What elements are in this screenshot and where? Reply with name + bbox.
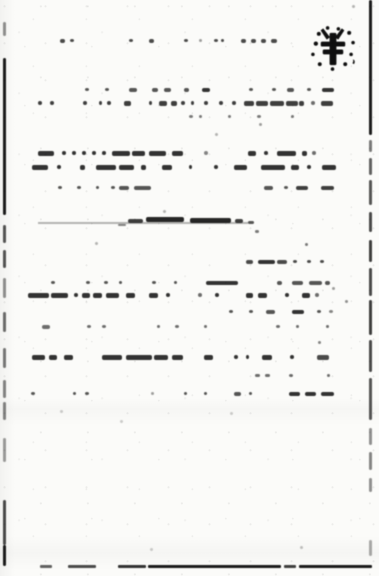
illegible-word-mark bbox=[320, 260, 324, 263]
illegible-word-mark bbox=[92, 151, 96, 155]
signature-stroke bbox=[255, 230, 259, 233]
illegible-word-mark bbox=[107, 101, 111, 105]
right-border-segment bbox=[369, 378, 372, 420]
illegible-word-mark bbox=[104, 281, 108, 284]
left-border-segment bbox=[3, 225, 6, 243]
illegible-word-mark bbox=[277, 281, 282, 285]
illegible-word-mark bbox=[62, 151, 66, 155]
bottom-border-segment bbox=[148, 565, 281, 568]
illegible-word-mark bbox=[49, 355, 57, 360]
right-border-segment bbox=[369, 428, 372, 445]
scan-speck bbox=[163, 210, 166, 213]
illegible-word-mark bbox=[85, 392, 89, 395]
illegible-word-mark bbox=[246, 293, 253, 298]
illegible-word-mark bbox=[28, 293, 49, 298]
scanned-document-page bbox=[0, 0, 379, 576]
illegible-word-mark bbox=[266, 310, 275, 314]
left-border-segment bbox=[3, 402, 6, 420]
signature-stroke bbox=[248, 221, 254, 224]
illegible-word-mark bbox=[64, 355, 73, 360]
illegible-word-mark bbox=[60, 39, 65, 43]
illegible-word-mark bbox=[249, 88, 253, 91]
illegible-word-mark bbox=[270, 101, 284, 106]
illegible-word-mark bbox=[85, 88, 89, 91]
illegible-word-mark bbox=[82, 293, 90, 298]
illegible-word-mark bbox=[159, 101, 167, 106]
illegible-word-mark bbox=[204, 101, 208, 105]
illegible-word-mark bbox=[126, 355, 152, 360]
illegible-word-mark bbox=[38, 101, 42, 105]
illegible-word-mark bbox=[199, 39, 202, 42]
left-border-segment bbox=[3, 312, 6, 332]
illegible-word-mark bbox=[277, 260, 287, 264]
illegible-word-mark bbox=[152, 281, 156, 284]
illegible-word-mark bbox=[228, 115, 231, 118]
illegible-word-mark bbox=[234, 165, 247, 170]
illegible-word-mark bbox=[102, 355, 122, 360]
illegible-word-mark bbox=[289, 392, 300, 396]
scan-artifact-layer bbox=[0, 0, 379, 576]
scan-speck bbox=[230, 412, 233, 415]
illegible-word-mark bbox=[149, 293, 158, 298]
illegible-word-mark bbox=[309, 281, 322, 285]
left-border-segment bbox=[3, 380, 6, 398]
illegible-word-mark bbox=[184, 88, 189, 92]
illegible-word-mark bbox=[214, 165, 218, 169]
illegible-word-mark bbox=[204, 151, 208, 155]
illegible-word-mark bbox=[219, 101, 223, 105]
illegible-word-mark bbox=[322, 165, 336, 170]
illegible-word-mark bbox=[296, 186, 308, 190]
illegible-word-mark bbox=[234, 392, 241, 396]
illegible-word-mark bbox=[291, 165, 299, 170]
illegible-word-mark bbox=[152, 88, 158, 92]
left-border-segment bbox=[3, 22, 6, 36]
illegible-word-mark bbox=[321, 186, 334, 190]
illegible-word-mark bbox=[166, 293, 170, 297]
illegible-word-mark bbox=[184, 392, 187, 395]
illegible-word-mark bbox=[262, 355, 272, 360]
illegible-word-mark bbox=[172, 355, 183, 360]
illegible-word-mark bbox=[317, 355, 329, 360]
signature-stroke bbox=[146, 217, 184, 222]
illegible-word-mark bbox=[51, 281, 55, 284]
illegible-word-mark bbox=[191, 101, 194, 105]
illegible-word-mark bbox=[265, 374, 270, 377]
illegible-word-mark bbox=[175, 325, 179, 328]
signature-stroke bbox=[235, 219, 243, 223]
illegible-word-mark bbox=[229, 310, 233, 313]
illegible-word-mark bbox=[162, 165, 172, 170]
illegible-word-mark bbox=[102, 151, 106, 155]
illegible-word-mark bbox=[206, 281, 238, 285]
illegible-word-mark bbox=[141, 165, 146, 170]
illegible-word-mark bbox=[276, 325, 280, 328]
illegible-word-mark bbox=[119, 165, 134, 170]
illegible-word-mark bbox=[321, 101, 333, 106]
illegible-word-mark bbox=[257, 115, 261, 118]
illegible-word-mark bbox=[214, 39, 218, 42]
illegible-word-mark bbox=[174, 281, 177, 284]
illegible-word-mark bbox=[87, 325, 91, 328]
illegible-word-mark bbox=[248, 151, 256, 156]
illegible-word-mark bbox=[119, 186, 129, 190]
illegible-word-mark bbox=[258, 260, 275, 264]
illegible-word-mark bbox=[292, 281, 303, 285]
illegible-word-mark bbox=[32, 355, 45, 360]
illegible-word-mark bbox=[204, 392, 207, 395]
scan-speck bbox=[215, 133, 218, 136]
illegible-word-mark bbox=[325, 281, 330, 285]
illegible-word-mark bbox=[277, 151, 296, 156]
right-border-segment bbox=[369, 452, 372, 470]
illegible-word-mark bbox=[286, 101, 298, 106]
left-border-segment bbox=[3, 250, 6, 268]
illegible-word-mark bbox=[299, 101, 304, 106]
scan-speck bbox=[120, 420, 123, 423]
illegible-word-mark bbox=[321, 392, 334, 396]
illegible-word-mark bbox=[311, 101, 315, 105]
scan-speck bbox=[259, 123, 262, 126]
illegible-word-mark bbox=[258, 293, 267, 298]
illegible-word-mark bbox=[307, 88, 311, 91]
illegible-word-mark bbox=[50, 101, 54, 105]
left-border-segment bbox=[3, 278, 6, 298]
illegible-word-mark bbox=[83, 101, 87, 105]
left-border-segment bbox=[3, 58, 6, 215]
illegible-word-mark bbox=[105, 88, 109, 91]
scan-speck bbox=[60, 410, 63, 413]
right-border-segment bbox=[369, 140, 372, 152]
signature-stroke bbox=[118, 224, 126, 226]
right-border-segment bbox=[369, 180, 372, 205]
illegible-word-mark bbox=[264, 186, 273, 190]
right-border-segment bbox=[369, 300, 372, 335]
right-border-segment bbox=[369, 240, 372, 262]
illegible-word-mark bbox=[80, 165, 85, 170]
illegible-word-mark bbox=[255, 374, 260, 377]
signature-stroke bbox=[128, 219, 143, 223]
illegible-word-mark bbox=[86, 281, 90, 284]
illegible-word-mark bbox=[124, 101, 131, 106]
illegible-word-mark bbox=[307, 260, 311, 263]
right-border-segment bbox=[369, 212, 372, 232]
illegible-word-mark bbox=[149, 151, 166, 156]
illegible-word-mark bbox=[290, 355, 294, 359]
illegible-word-mark bbox=[244, 101, 254, 106]
right-border-segment bbox=[369, 0, 372, 135]
scan-speck bbox=[305, 243, 308, 246]
illegible-word-mark bbox=[70, 39, 74, 42]
seal-stamp-icon bbox=[309, 25, 356, 72]
illegible-word-mark bbox=[221, 39, 224, 42]
illegible-word-mark bbox=[241, 39, 246, 43]
illegible-word-mark bbox=[292, 310, 304, 314]
right-border-segment bbox=[369, 268, 372, 296]
illegible-word-mark bbox=[232, 101, 236, 105]
left-border-segment bbox=[3, 545, 6, 566]
illegible-word-mark bbox=[305, 392, 316, 396]
illegible-word-mark bbox=[38, 151, 54, 156]
illegible-word-mark bbox=[134, 186, 151, 190]
illegible-word-mark bbox=[204, 325, 207, 328]
illegible-word-mark bbox=[246, 355, 249, 359]
scan-speck bbox=[300, 546, 303, 549]
right-border-segment bbox=[369, 340, 372, 372]
illegible-word-mark bbox=[261, 39, 266, 43]
illegible-word-mark bbox=[296, 325, 299, 328]
illegible-word-mark bbox=[102, 325, 106, 328]
illegible-word-mark bbox=[317, 310, 321, 313]
illegible-word-mark bbox=[93, 293, 102, 298]
right-border-segment bbox=[369, 478, 372, 492]
illegible-word-mark bbox=[302, 293, 310, 298]
illegible-word-mark bbox=[204, 355, 213, 360]
illegible-word-mark bbox=[74, 293, 78, 297]
bottom-border-segment bbox=[68, 565, 96, 568]
illegible-word-mark bbox=[154, 355, 168, 360]
illegible-word-mark bbox=[96, 165, 116, 170]
illegible-word-mark bbox=[291, 115, 294, 118]
illegible-word-mark bbox=[119, 281, 122, 284]
illegible-word-mark bbox=[215, 293, 219, 297]
illegible-word-mark bbox=[327, 374, 330, 377]
illegible-word-mark bbox=[129, 39, 133, 42]
illegible-word-mark bbox=[58, 186, 62, 189]
bottom-border-segment bbox=[118, 565, 146, 568]
left-border-segment bbox=[3, 348, 6, 368]
illegible-word-mark bbox=[157, 325, 160, 328]
illegible-word-mark bbox=[246, 260, 253, 264]
illegible-word-mark bbox=[285, 293, 289, 297]
illegible-word-mark bbox=[202, 88, 210, 92]
right-border-segment bbox=[369, 158, 372, 175]
illegible-word-mark bbox=[72, 151, 76, 155]
illegible-word-mark bbox=[261, 165, 285, 170]
illegible-word-mark bbox=[149, 101, 152, 105]
illegible-word-mark bbox=[129, 88, 137, 92]
scan-speck bbox=[332, 287, 335, 290]
illegible-word-mark bbox=[271, 39, 277, 43]
illegible-word-mark bbox=[289, 374, 293, 377]
illegible-word-mark bbox=[82, 151, 86, 155]
illegible-word-mark bbox=[198, 293, 202, 297]
scan-speck bbox=[345, 300, 348, 303]
illegible-word-mark bbox=[57, 165, 61, 169]
left-border-segment bbox=[3, 500, 6, 545]
illegible-word-mark bbox=[111, 186, 115, 189]
bottom-border-segment bbox=[284, 565, 296, 568]
illegible-word-mark bbox=[42, 325, 50, 329]
scan-speck bbox=[318, 341, 321, 344]
illegible-word-mark bbox=[73, 392, 76, 395]
illegible-word-mark bbox=[307, 165, 311, 169]
illegible-word-mark bbox=[181, 101, 185, 105]
scan-speck bbox=[95, 242, 98, 245]
scan-speck bbox=[150, 548, 153, 551]
bottom-border-segment bbox=[299, 565, 372, 568]
illegible-word-mark bbox=[189, 165, 192, 169]
illegible-word-mark bbox=[329, 310, 333, 313]
illegible-word-mark bbox=[184, 39, 188, 42]
signature-stroke bbox=[190, 218, 231, 223]
illegible-word-mark bbox=[132, 151, 145, 156]
illegible-word-mark bbox=[171, 101, 177, 106]
illegible-word-mark bbox=[164, 88, 171, 92]
illegible-word-mark bbox=[51, 293, 68, 298]
left-border-segment bbox=[3, 438, 6, 462]
illegible-word-mark bbox=[249, 310, 253, 313]
illegible-word-mark bbox=[172, 151, 183, 156]
illegible-word-mark bbox=[293, 260, 297, 263]
illegible-word-mark bbox=[99, 101, 102, 105]
illegible-word-mark bbox=[151, 392, 154, 395]
illegible-word-mark bbox=[32, 165, 48, 170]
illegible-word-mark bbox=[199, 115, 202, 118]
illegible-word-mark bbox=[149, 39, 154, 43]
illegible-word-mark bbox=[326, 325, 329, 328]
illegible-word-mark bbox=[126, 293, 135, 298]
illegible-word-mark bbox=[264, 151, 268, 155]
right-border-segment bbox=[369, 540, 372, 556]
illegible-word-mark bbox=[315, 293, 319, 297]
illegible-word-mark bbox=[312, 151, 316, 155]
bottom-border-segment bbox=[40, 565, 52, 568]
illegible-word-mark bbox=[31, 392, 35, 395]
illegible-word-mark bbox=[189, 115, 193, 118]
illegible-word-mark bbox=[234, 355, 238, 359]
illegible-word-mark bbox=[272, 88, 276, 91]
scan-speck bbox=[352, 5, 355, 8]
illegible-word-mark bbox=[249, 392, 252, 395]
illegible-word-mark bbox=[251, 39, 256, 43]
illegible-word-mark bbox=[287, 88, 294, 92]
illegible-word-mark bbox=[106, 293, 119, 298]
illegible-word-mark bbox=[112, 151, 130, 156]
illegible-word-mark bbox=[77, 186, 81, 189]
illegible-word-mark bbox=[302, 151, 307, 156]
illegible-word-mark bbox=[322, 88, 334, 92]
illegible-word-mark bbox=[256, 101, 268, 106]
illegible-word-mark bbox=[284, 186, 288, 189]
illegible-word-mark bbox=[96, 186, 99, 189]
